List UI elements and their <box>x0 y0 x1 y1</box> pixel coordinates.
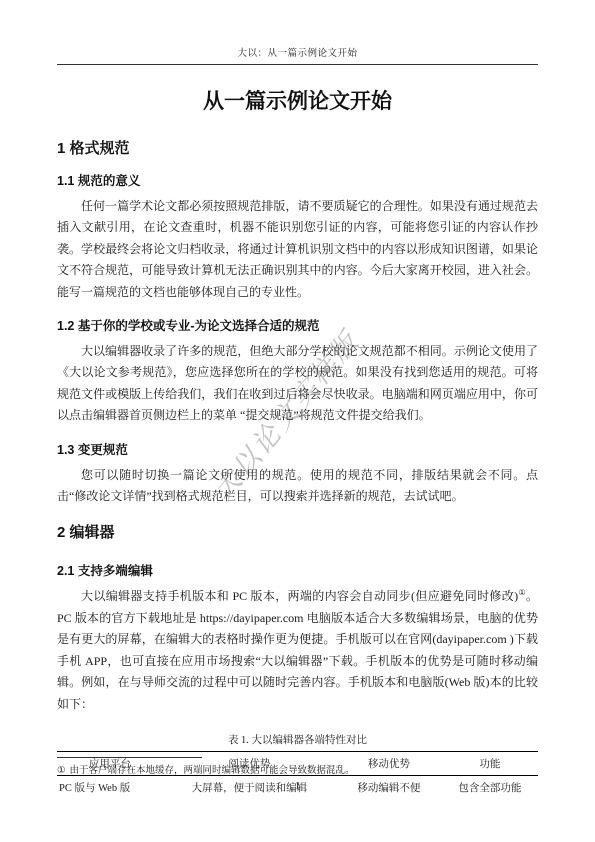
section-1-1-heading: 1.1 规范的意义 <box>57 171 538 189</box>
section-1-2-heading: 1.2 基于你的学校或专业-为论文选择合适的规范 <box>57 316 538 334</box>
section-2-1-paragraph-text-continued: 。PC 版本的官方下载地址是 https://dayipaper.com 电脑版… <box>57 589 538 710</box>
footnote: ①由于客户端存在本地缓存，两端同时编辑数据可能会导致数据混乱。 <box>57 762 538 776</box>
section-1-2-paragraph: 大以编辑器收录了许多的规范，但绝大部分学校的论文规范都不相同。示例论文使用了《大… <box>57 341 538 427</box>
running-header: 大以：从一篇示例论文开始 <box>57 45 538 65</box>
footnote-separator <box>57 757 202 758</box>
document-page: 大以论文实样版 大以：从一篇示例论文开始 从一篇示例论文开始 1 格式规范 1.… <box>0 0 595 842</box>
footnote-block: ①由于客户端存在本地缓存，两端同时编辑数据可能会导致数据混乱。 <box>57 757 538 776</box>
section-1-3-heading: 1.3 变更规范 <box>57 440 538 458</box>
footnote-text: 由于客户端存在本地缓存，两端同时编辑数据可能会导致数据混乱。 <box>70 766 355 776</box>
section-2-1-heading: 2.1 支持多端编辑 <box>57 561 538 579</box>
footnote-marker: ① <box>57 766 66 776</box>
section-2-1-paragraph-text: 大以编辑器支持手机版本和 PC 版本，两端的内容会自动同步(但应避免同时修改) <box>81 589 518 603</box>
section-2-1-paragraph: 大以编辑器支持手机版本和 PC 版本，两端的内容会自动同步(但应避免同时修改)①… <box>57 586 538 714</box>
section-2-heading: 2 编辑器 <box>57 521 538 542</box>
page-content: 大以：从一篇示例论文开始 从一篇示例论文开始 1 格式规范 1.1 规范的意义 … <box>57 45 538 799</box>
footnote-reference: ① <box>518 588 526 597</box>
section-1-3-paragraph: 您可以随时切换一篇论文所使用的规范。使用的规范不同，排版结果就会不同。点击“修改… <box>57 465 538 508</box>
page-number: 1 <box>0 781 595 792</box>
table-caption: 表 1. 大以编辑器各端特性对比 <box>57 732 538 747</box>
paper-title: 从一篇示例论文开始 <box>57 85 538 115</box>
section-1-heading: 1 格式规范 <box>57 137 538 158</box>
section-1-1-paragraph: 任何一篇学术论文都必须按照规范排版，请不要质疑它的合理性。如果没有通过规范去插入… <box>57 196 538 303</box>
